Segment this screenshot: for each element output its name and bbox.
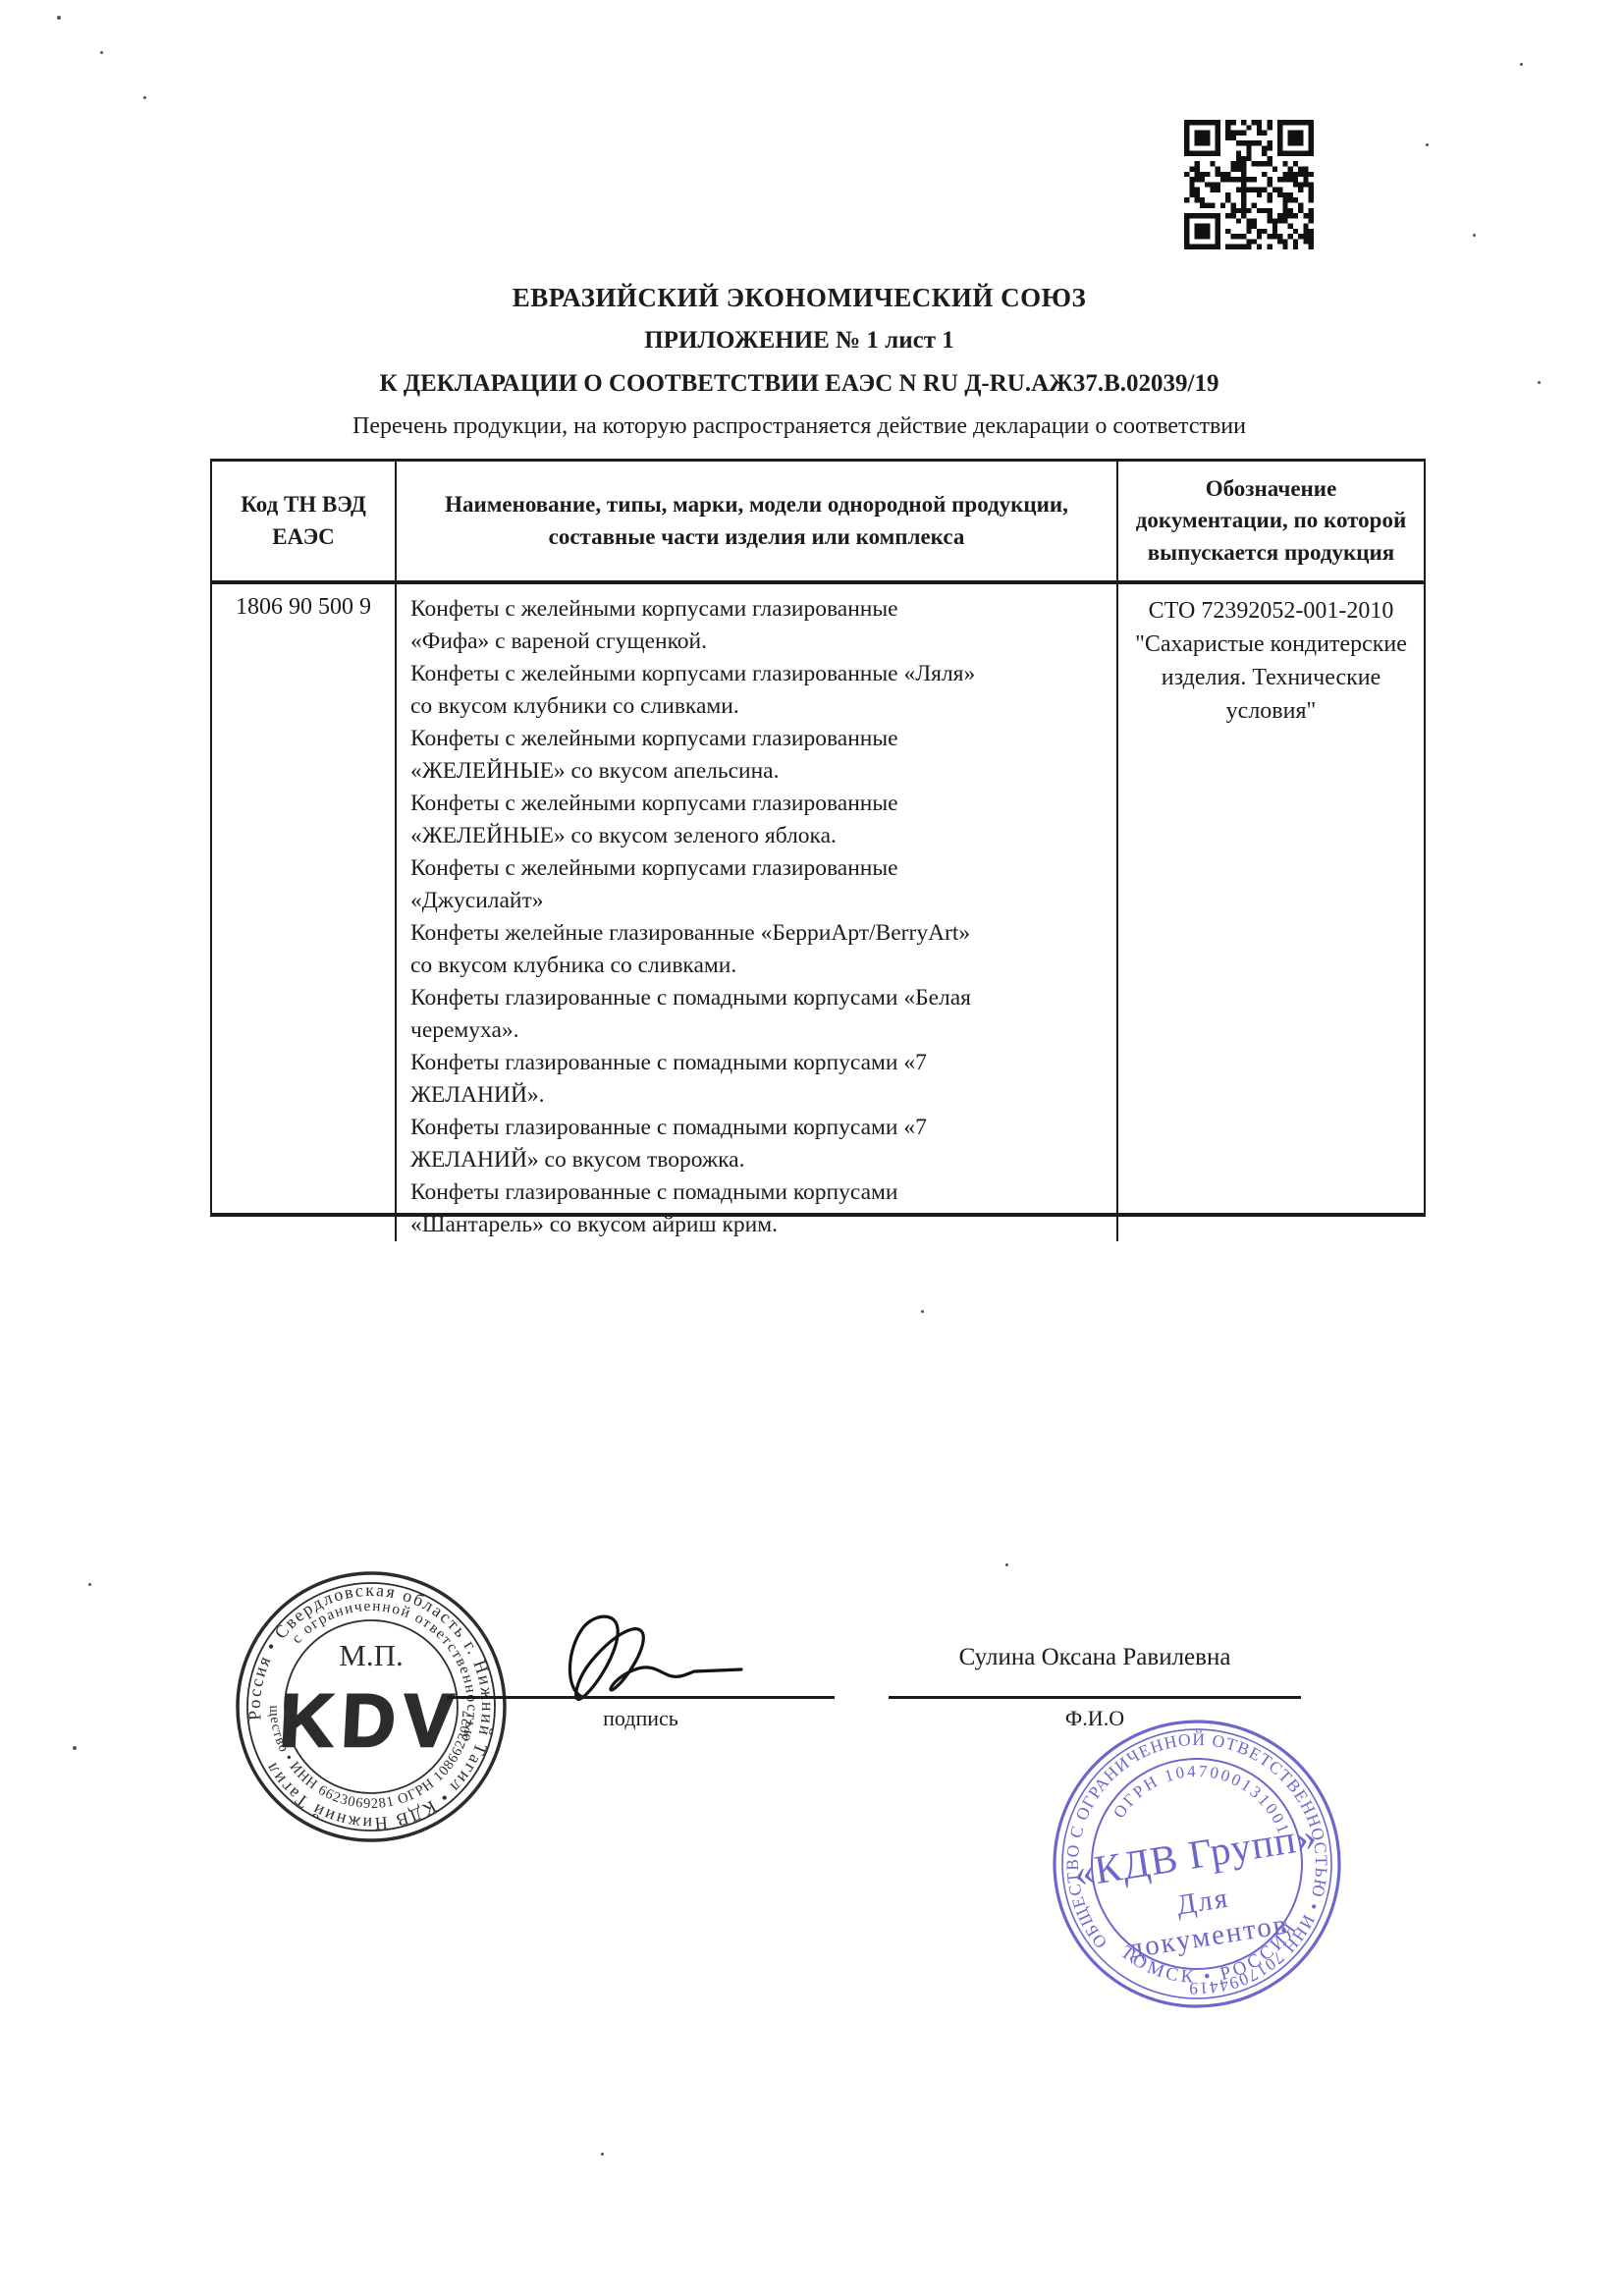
kdv-logo: KDV xyxy=(278,1679,463,1763)
title-appendix: ПРИЛОЖЕНИЕ № 1 лист 1 xyxy=(0,327,1598,355)
mp-label: М.П. xyxy=(339,1638,403,1672)
product-item: Конфеты с желейными корпусами глазирован… xyxy=(410,658,980,723)
scan-speck xyxy=(1426,143,1429,146)
scan-speck xyxy=(57,16,61,20)
title-subtitle: Перечень продукции, на которую распростр… xyxy=(0,413,1598,440)
product-item: Конфеты с желейными корпусами глазирован… xyxy=(410,788,980,852)
scan-speck xyxy=(921,1310,924,1313)
scan-speck xyxy=(1473,234,1476,237)
scan-speck xyxy=(143,96,146,99)
signature-caption: подпись xyxy=(447,1706,835,1731)
table-header-row: Код ТН ВЭД ЕАЭС Наименование, типы, марк… xyxy=(212,462,1424,584)
tnved-code: 1806 90 500 9 xyxy=(212,584,397,1241)
product-item: Конфеты с желейными корпусами глазирован… xyxy=(410,723,980,788)
scan-speck xyxy=(1520,63,1523,66)
scan-speck xyxy=(601,2153,604,2156)
handwritten-signature xyxy=(545,1611,781,1709)
product-item: Конфеты глазированные с помадными корпус… xyxy=(410,1112,980,1176)
product-item: Конфеты желейные глазированные «БерриАрт… xyxy=(410,917,980,982)
scan-speck xyxy=(100,51,103,54)
scan-speck xyxy=(88,1583,91,1586)
scan-speck xyxy=(1005,1563,1008,1566)
product-table: Код ТН ВЭД ЕАЭС Наименование, типы, марк… xyxy=(210,459,1426,1217)
qr-code xyxy=(1184,120,1314,249)
stamp-center-line2: Для xyxy=(1174,1883,1231,1922)
product-item: Конфеты глазированные с помадными корпус… xyxy=(410,1176,980,1241)
title-declaration-number: К ДЕКЛАРАЦИИ О СООТВЕТСТВИИ ЕАЭС N RU Д-… xyxy=(0,370,1598,398)
signature-line xyxy=(447,1696,835,1699)
table-row: 1806 90 500 9 Конфеты с желейными корпус… xyxy=(212,584,1424,1213)
signer-name: Сулина Оксана Равилевна xyxy=(889,1644,1301,1671)
title-union: ЕВРАЗИЙСКИЙ ЭКОНОМИЧЕСКИЙ СОЮЗ xyxy=(0,283,1598,313)
product-item: Конфеты с желейными корпусами глазирован… xyxy=(410,852,980,917)
doc-reference: СТО 72392052-001-2010 "Сахаристые кондит… xyxy=(1118,584,1424,1241)
product-item: Конфеты глазированные с помадными корпус… xyxy=(410,982,980,1047)
round-stamp-kdv-group: ОБЩЕСТВО С ОГРАНИЧЕННОЙ ОТВЕТСТВЕННОСТЬЮ… xyxy=(1017,1684,1377,2044)
scanned-declaration-page: ЕВРАЗИЙСКИЙ ЭКОНОМИЧЕСКИЙ СОЮЗ ПРИЛОЖЕНИ… xyxy=(0,0,1624,2296)
product-list: Конфеты с желейными корпусами глазирован… xyxy=(397,584,1118,1241)
table-header-name: Наименование, типы, марки, модели одноро… xyxy=(397,462,1118,580)
stamp-center-title: «КДВ Групп» xyxy=(1070,1813,1320,1896)
table-header-code: Код ТН ВЭД ЕАЭС xyxy=(212,462,397,580)
product-item: Конфеты с желейными корпусами глазирован… xyxy=(410,593,980,658)
product-item: Конфеты глазированные с помадными корпус… xyxy=(410,1047,980,1112)
table-header-docs: Обозначение документации, по которой вып… xyxy=(1118,462,1424,580)
scan-speck xyxy=(73,1746,77,1750)
